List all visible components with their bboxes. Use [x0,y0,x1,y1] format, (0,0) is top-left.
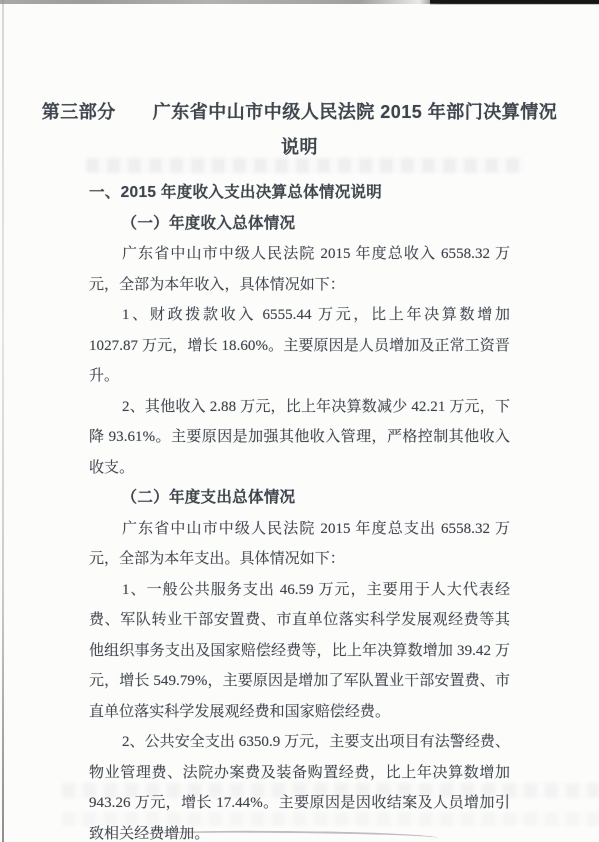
paragraph-fiscal-appropriation-income: 1、财政拨款收入 6555.44 万元，比上年决算数增加 1027.87 万元，… [89,300,510,392]
subsection-heading-annual-income: （一）年度收入总体情况 [89,209,510,240]
scanned-document-page: 第三部分 广东省中山市中级人民法院 2015 年部门决算情况 说明 一、2015… [0,0,599,842]
document-title-line-1: 第三部分 广东省中山市中级人民法院 2015 年部门决算情况 [0,95,599,130]
document-title: 第三部分 广东省中山市中级人民法院 2015 年部门决算情况 说明 [0,95,599,165]
paragraph-general-public-service-expenditure: 1、一般公共服务支出 46.59 万元，主要用于人大代表经费、军队转业干部安置费… [89,575,510,728]
section-heading-2015-budget-overview: 一、2015 年度收入支出决算总体情况说明 [89,178,510,209]
paragraph-public-security-expenditure: 2、公共安全支出 6350.9 万元，主要支出项目有法警经费、物业管理费、法院办… [89,727,510,842]
paragraph-other-income: 2、其他收入 2.88 万元，比上年决算数减少 42.21 万元，下降 93.6… [89,392,510,484]
scan-artifact-top-right-edge [430,0,599,5]
document-title-line-2: 说明 [0,130,599,165]
paragraph-total-expenditure: 广东省中山市中级人民法院 2015 年度总支出 6558.32 万元，全部为本年… [89,514,510,575]
subsection-heading-annual-expenditure: （二）年度支出总体情况 [89,483,510,514]
paragraph-total-income: 广东省中山市中级人民法院 2015 年度总收入 6558.32 万元，全部为本年… [89,239,510,300]
document-body: 一、2015 年度收入支出决算总体情况说明 （一）年度收入总体情况 广东省中山市… [89,178,510,842]
